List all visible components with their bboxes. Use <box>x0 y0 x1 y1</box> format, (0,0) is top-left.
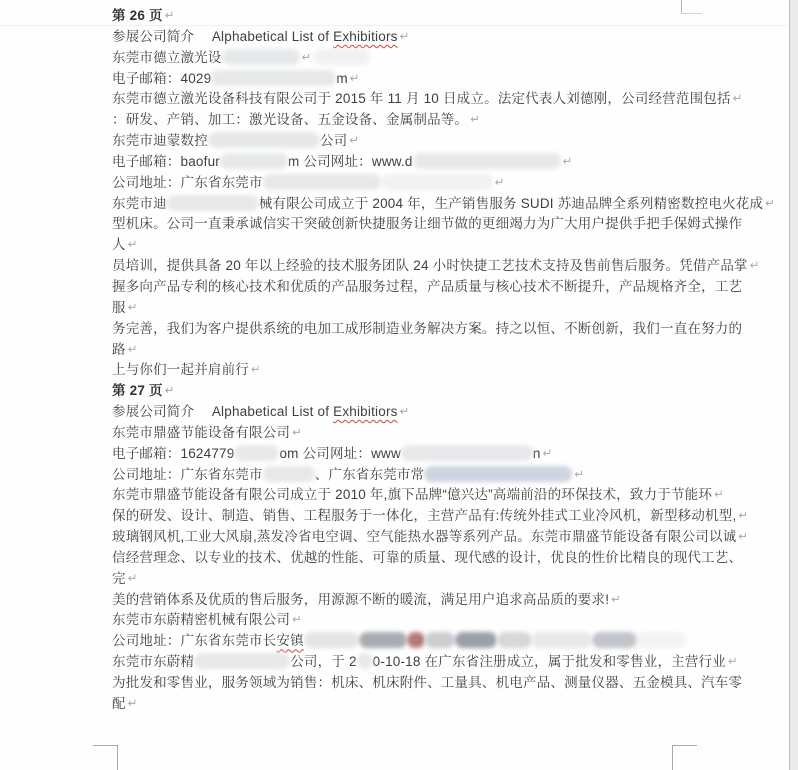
body-text: 员培训，提供具备 20 年以上经验的技术服务团队 24 小时快捷工艺技术支持及售… <box>112 258 748 273</box>
text-line: 东莞市东蔚精公司，于 20-10-18 在广东省注册成立，属于批发和零售业，主营… <box>112 652 752 673</box>
paragraph-mark-icon: ↵ <box>126 569 140 590</box>
paragraph-mark-icon: ↵ <box>348 69 362 90</box>
text-line: 东莞市鼎盛节能设备有限公司成立于 2010 年,旗下品牌“億兴达”高端前沿的环保… <box>112 485 752 506</box>
text-line: 东莞市迪械有限公司成立于 2004 年，生产销售服务 SUDI 苏迪品牌全系列精… <box>112 194 752 215</box>
redacted-blur <box>381 174 493 190</box>
text-line: 电子邮箱：baofurm 公司网址：www.d↵ <box>112 152 752 173</box>
paragraph-mark-icon: ↵ <box>398 27 412 48</box>
body-text: 东莞市东蔚精密机械有限公司 <box>112 612 290 627</box>
body-text: 电子邮箱：baofur <box>112 154 220 169</box>
text-line: 上与你们一起并肩前行↵ <box>112 360 752 381</box>
body-text: 械有限公司成立于 2004 年，生产销售服务 SUDI 苏迪品牌全系列精密数控电… <box>259 196 763 211</box>
redacted-blur <box>208 132 320 148</box>
redacted-blur <box>313 49 371 65</box>
paragraph-mark-icon: ↵ <box>609 590 623 611</box>
redacted-blur <box>592 632 637 648</box>
text-line: 完↵ <box>112 569 752 590</box>
redacted-blur <box>211 70 336 86</box>
body-text: 公司地址：广东省东莞市 <box>112 467 263 482</box>
body-text: 完 <box>112 571 126 586</box>
body-text: 务完善，我们为客户提供系统的电加工成形制造业务解决方案。持之以恒、不断创新，我们… <box>112 321 742 336</box>
text-line: 东莞市迪蒙数控公司↵ <box>112 131 752 152</box>
body-text: 配 <box>112 696 126 711</box>
body-text: 公司 <box>320 133 347 148</box>
text-line: 第 26 页↵ <box>112 6 752 27</box>
body-text: 电子邮箱：1624779 <box>112 446 234 461</box>
body-text: 握多向产品专利的核心技术和优质的产品服务过程，产品质量与核心技术不断提升，产品规… <box>112 279 742 294</box>
redacted-blur <box>304 632 359 648</box>
text-line: 东莞市鼎盛节能设备有限公司↵ <box>112 423 752 444</box>
text-line: 路↵ <box>112 340 752 361</box>
text-line: 信经营理念、以专业的技术、优越的性能、可靠的质量、现代感的设计，优良的性价比精良… <box>112 548 752 569</box>
body-text: 东莞市鼎盛节能设备有限公司 <box>112 425 290 440</box>
body-text: 参展公司简介 Alphabetical List of <box>112 29 333 44</box>
body-text: 公司，于 2 <box>290 654 356 669</box>
body-text: m <box>336 71 347 86</box>
text-boundary-mark-icon <box>93 745 118 770</box>
text-line: 参展公司简介 Alphabetical List of Exhibitiors↵ <box>112 27 752 48</box>
text-line: 东莞市东蔚精密机械有限公司↵ <box>112 610 752 631</box>
text-boundary-mark-icon <box>681 0 702 14</box>
paragraph-mark-icon: ↵ <box>748 256 762 277</box>
paragraph-mark-icon: ↵ <box>763 194 777 215</box>
text-line: 公司地址：广东省东莞市长安镇 <box>112 631 752 652</box>
redacted-blur <box>194 653 290 669</box>
body-text: 参展公司简介 Alphabetical List of <box>112 404 333 419</box>
redacted-blur <box>532 632 592 648</box>
body-text: 0-10-18 在广东省注册成立，属于批发和零售业，主营行业 <box>373 654 726 669</box>
text-line: 参展公司简介 Alphabetical List of Exhibitiors↵ <box>112 402 752 423</box>
page-heading-text: 第 26 页 <box>112 8 163 23</box>
body-text: 保的研发、设计、制造、销售、工程服务于一体化，主营产品有:传统外挂式工业冷风机，… <box>112 508 736 523</box>
paragraph-mark-icon: ↵ <box>572 465 586 486</box>
paragraph-mark-icon: ↵ <box>290 610 304 631</box>
redacted-blur <box>413 153 561 169</box>
body-text: 、广东省东莞市常 <box>315 467 425 482</box>
paragraph-mark-icon: ↵ <box>541 444 555 465</box>
paragraph-mark-icon: ↵ <box>468 110 482 131</box>
paragraph-mark-icon: ↵ <box>126 694 140 715</box>
redacted-blur <box>263 466 315 482</box>
text-line: 电子邮箱：1624779om 公司网址：wwwn↵ <box>112 444 752 465</box>
paragraph-mark-icon: ↵ <box>126 298 140 319</box>
paragraph-mark-icon: ↵ <box>249 360 263 381</box>
body-text: 美的营销体系及优质的售后服务，用源源不断的暖流，满足用户追求高品质的要求! <box>112 592 609 607</box>
paragraph-mark-icon: ↵ <box>736 527 750 548</box>
paragraph-mark-icon: ↵ <box>726 652 740 673</box>
paragraph-mark-icon: ↵ <box>731 89 745 110</box>
text-line: 美的营销体系及优质的售后服务，用源源不断的暖流，满足用户追求高品质的要求!↵ <box>112 590 752 611</box>
body-text: Exhibitiors <box>333 404 397 419</box>
body-text: 人 <box>112 237 126 252</box>
body-text: om 公司网址：www <box>279 446 400 461</box>
text-line: 玻璃钢风机,工业大风扇,蒸发冷省电空调、空气能热水器等系列产品。东莞市鼎盛节能设… <box>112 527 752 548</box>
scrollbar-track[interactable] <box>789 0 798 770</box>
text-line: 第 27 页↵ <box>112 381 752 402</box>
body-text: 东莞市德立激光设 <box>112 50 222 65</box>
body-text: 东莞市德立激光设备科技有限公司于 2015 年 11 月 10 日成立。法定代表… <box>112 91 731 106</box>
body-text: 东莞市迪蒙数控 <box>112 133 208 148</box>
redacted-blur <box>359 632 407 648</box>
body-text: 公司地址：广东省东莞市 <box>112 175 263 190</box>
body-text: 服 <box>112 300 126 315</box>
body-text: 公司地址：广东省东莞市长 <box>112 633 276 648</box>
paragraph-mark-icon: ↵ <box>126 340 140 361</box>
document-lines: 第 26 页↵参展公司简介 Alphabetical List of Exhib… <box>112 6 752 715</box>
redacted-blur <box>263 174 381 190</box>
redacted-blur <box>220 153 288 169</box>
redacted-blur <box>497 632 532 648</box>
text-line: 公司地址：广东省东莞市、广东省东莞市常↵ <box>112 465 752 486</box>
body-text: Exhibitiors <box>333 29 397 44</box>
body-text: 东莞市东蔚精 <box>112 654 194 669</box>
body-text: 东莞市迪 <box>112 196 167 211</box>
redacted-blur <box>357 653 373 669</box>
body-text: 为批发和零售业，服务领域为销售：机床、机床附件、工量具、机电产品、测量仪器、五金… <box>112 675 742 690</box>
body-text: 路 <box>112 342 126 357</box>
body-text: 型机床。公司一直秉承诚信实干突破创新快捷服务让细节做的更细竭力为广大用户提供手把… <box>112 216 742 231</box>
body-text: m 公司网址：www.d <box>288 154 413 169</box>
paragraph-mark-icon: ↵ <box>300 48 314 69</box>
text-line: 人↵ <box>112 235 752 256</box>
paragraph-mark-icon: ↵ <box>493 173 507 194</box>
body-text: 安镇 <box>276 633 303 648</box>
redacted-blur <box>234 445 279 461</box>
body-text: 玻璃钢风机,工业大风扇,蒸发冷省电空调、空气能热水器等系列产品。东莞市鼎盛节能设… <box>112 529 736 544</box>
text-line: 电子邮箱：4029m↵ <box>112 69 752 90</box>
body-text: n <box>533 446 541 461</box>
paragraph-mark-icon: ↵ <box>736 506 750 527</box>
redacted-blur <box>407 632 425 648</box>
body-text: 信经营理念、以专业的技术、优越的性能、可靠的质量、现代感的设计，优良的性价比精良… <box>112 550 742 565</box>
text-line: ：研发、产销、加工：激光设备、五金设备、金属制品等。↵ <box>112 110 752 131</box>
redacted-blur <box>401 445 533 461</box>
redacted-blur <box>455 632 497 648</box>
body-text: 上与你们一起并肩前行 <box>112 362 249 377</box>
text-line: 配↵ <box>112 694 752 715</box>
paragraph-mark-icon: ↵ <box>290 423 304 444</box>
text-line: 为批发和零售业，服务领域为销售：机床、机床附件、工量具、机电产品、测量仪器、五金… <box>112 673 752 694</box>
body-text: ：研发、产销、加工：激光设备、五金设备、金属制品等。 <box>112 112 468 127</box>
paragraph-mark-icon: ↵ <box>712 485 726 506</box>
redacted-blur <box>425 632 455 648</box>
document-page: 第 26 页↵参展公司简介 Alphabetical List of Exhib… <box>0 0 789 770</box>
text-line: 型机床。公司一直秉承诚信实干突破创新快捷服务让细节做的更细竭力为广大用户提供手把… <box>112 214 752 235</box>
text-line: 东莞市德立激光设备科技有限公司于 2015 年 11 月 10 日成立。法定代表… <box>112 89 752 110</box>
redacted-blur <box>424 466 572 482</box>
paragraph-mark-icon: ↵ <box>163 6 177 27</box>
body-text: 东莞市鼎盛节能设备有限公司成立于 2010 年,旗下品牌“億兴达”高端前沿的环保… <box>112 487 712 502</box>
text-line: 保的研发、设计、制造、销售、工程服务于一体化，主营产品有:传统外挂式工业冷风机，… <box>112 506 752 527</box>
text-line: 握多向产品专利的核心技术和优质的产品服务过程，产品质量与核心技术不断提升，产品规… <box>112 277 752 298</box>
paragraph-mark-icon: ↵ <box>126 235 140 256</box>
redacted-blur <box>637 632 687 648</box>
paragraph-mark-icon: ↵ <box>163 381 177 402</box>
page-heading-text: 第 27 页 <box>112 383 163 398</box>
text-boundary-mark-icon <box>672 745 697 770</box>
text-line: 务完善，我们为客户提供系统的电加工成形制造业务解决方案。持之以恒、不断创新，我们… <box>112 319 752 340</box>
redacted-blur <box>222 49 300 65</box>
paragraph-mark-icon: ↵ <box>398 402 412 423</box>
redacted-blur <box>167 195 259 211</box>
paragraph-mark-icon: ↵ <box>561 152 575 173</box>
body-text: 电子邮箱：4029 <box>112 71 211 86</box>
paragraph-mark-icon: ↵ <box>347 131 361 152</box>
text-line: 员培训，提供具备 20 年以上经验的技术服务团队 24 小时快捷工艺技术支持及售… <box>112 256 752 277</box>
text-line: 公司地址：广东省东莞市↵ <box>112 173 752 194</box>
text-line: 东莞市德立激光设↵ <box>112 48 752 69</box>
text-line: 服↵ <box>112 298 752 319</box>
